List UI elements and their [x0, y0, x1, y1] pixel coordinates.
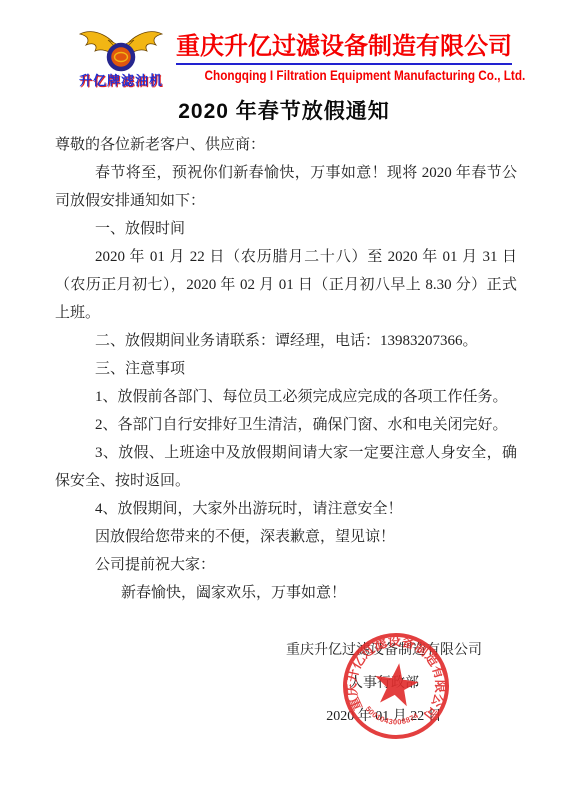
company-name-cn: 重庆升亿过滤设备制造有限公司: [176, 26, 512, 65]
body-paragraph: 2、各部门自行安排好卫生清洁，确保门窗、水和电关闭完好。: [55, 411, 517, 439]
document-body: 尊敬的各位新老客户、供应商：春节将至，预祝你们新春愉快，万事如意！现将 2020…: [55, 131, 517, 607]
body-paragraph: 二、放假期间业务请联系：谭经理，电话：13983207366。: [55, 327, 517, 355]
signature-date: 2020 年 01 月 22 日: [286, 700, 482, 733]
logo-brand-text: 升亿牌滤油机: [74, 70, 168, 89]
body-paragraph: 尊敬的各位新老客户、供应商：: [55, 131, 517, 159]
body-paragraph: 新春愉快，阖家欢乐，万事如意！: [55, 579, 517, 607]
body-paragraph: 公司提前祝大家：: [55, 551, 517, 579]
wings-emblem-icon: [76, 26, 166, 72]
body-paragraph: 2020 年 01 月 22 日（农历腊月二十八）至 2020 年 01 月 3…: [55, 243, 517, 327]
document-page: 升亿牌滤油机 重庆升亿过滤设备制造有限公司 Chongqing I Filtra…: [0, 0, 568, 805]
body-paragraph: 1、放假前各部门、每位员工必须完成应完成的各项工作任务。: [55, 383, 517, 411]
body-paragraph: 一、放假时间: [55, 215, 517, 243]
letterhead-text: 重庆升亿过滤设备制造有限公司 Chongqing I Filtration Eq…: [174, 26, 514, 85]
signature-block: 重庆升亿过滤设备制造有限公司 人事行政部 2020 年 01 月 22 日: [286, 634, 482, 733]
document-title: 2020 年春节放假通知: [0, 95, 568, 125]
body-paragraph: 春节将至，预祝你们新春愉快，万事如意！现将 2020 年春节公司放假安排通知如下…: [55, 159, 517, 215]
company-name-en: Chongqing I Filtration Equipment Manufac…: [205, 67, 526, 83]
company-logo: 升亿牌滤油机: [74, 26, 168, 89]
body-paragraph: 4、放假期间，大家外出游玩时，请注意安全！: [55, 495, 517, 523]
company-name-en-row: Chongqing I Filtration Equipment Manufac…: [174, 67, 514, 85]
body-paragraph: 三、注意事项: [55, 355, 517, 383]
body-paragraph: 因放假给您带来的不便，深表歉意，望见谅！: [55, 523, 517, 551]
body-paragraph: 3、放假、上班途中及放假期间请大家一定要注意人身安全，确保安全、按时返回。: [55, 439, 517, 495]
signature-company: 重庆升亿过滤设备制造有限公司: [286, 634, 482, 667]
letterhead: 升亿牌滤油机 重庆升亿过滤设备制造有限公司 Chongqing I Filtra…: [74, 26, 514, 89]
signature-department: 人事行政部: [286, 667, 482, 700]
